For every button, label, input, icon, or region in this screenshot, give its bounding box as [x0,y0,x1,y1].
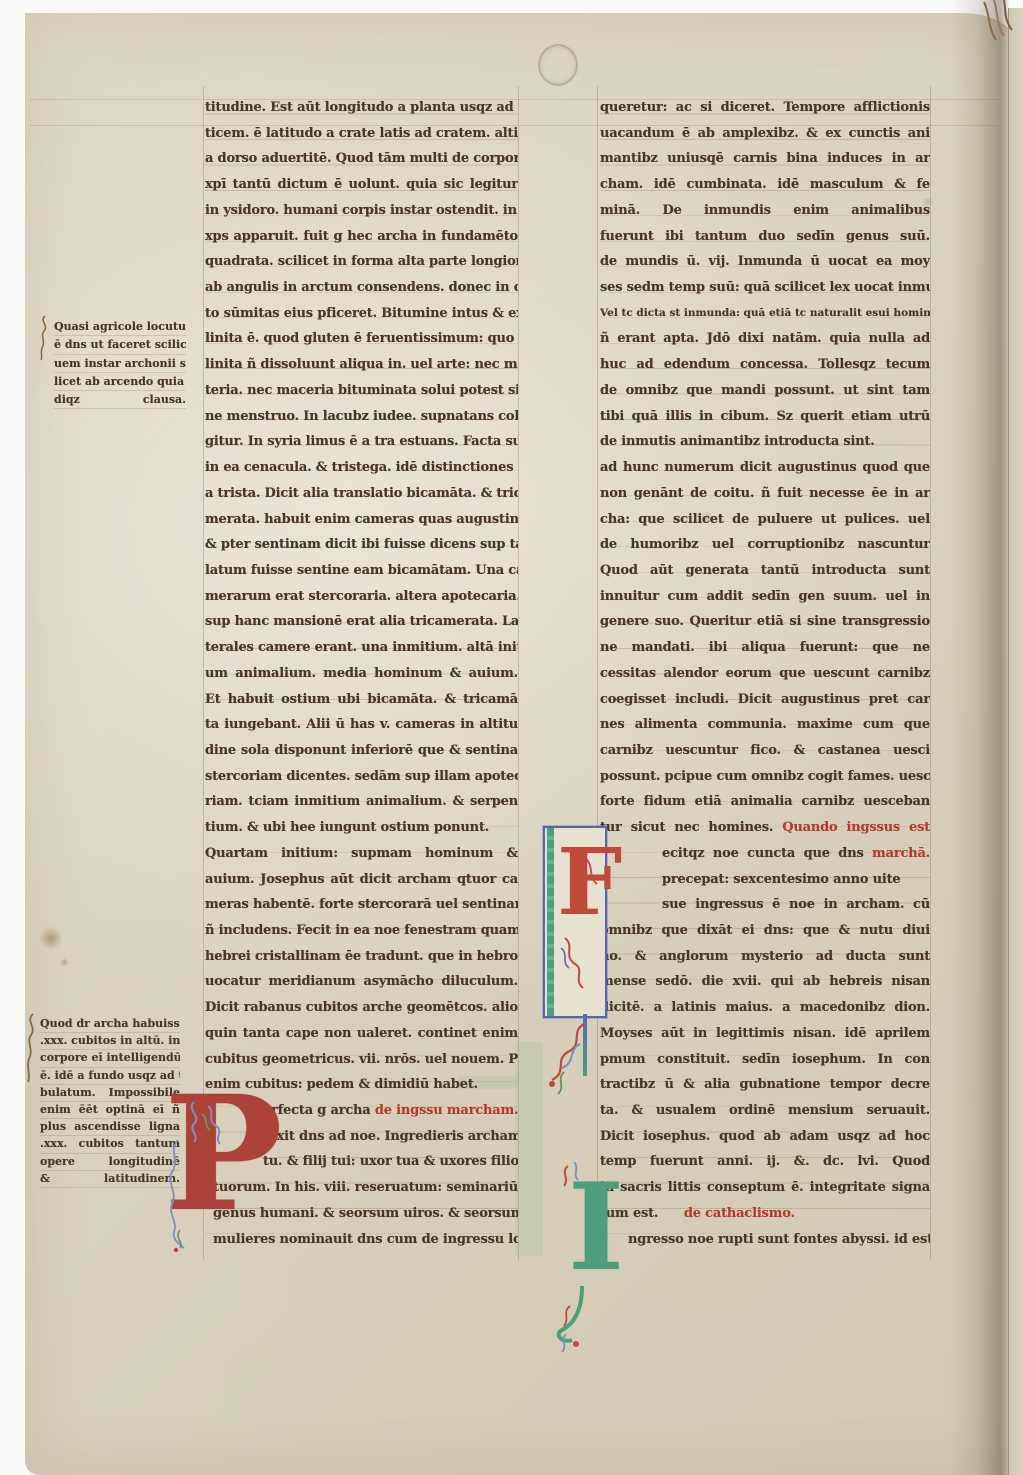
manuscript-text-line: meras habentē. forte stercorarā uel sent… [205,892,518,918]
rubric-text: de cathaclismo. [684,1206,795,1221]
body-text: tu. & filij tui: uxor tua & uxores filio… [263,1154,518,1169]
manuscript-text-line: non genānt de coitu. ñ fuit necesse ēe i… [600,481,930,507]
manuscript-text-line: .xxx. cubitos in altū. in [40,1033,180,1050]
manuscript-text-line: innuitur cum addit sedīn gen suum. uel i… [600,584,930,610]
manuscript-text-line: uem instar archonii sc [54,355,186,373]
manuscript-scan: { "document": { "type": "medieval-manusc… [0,0,1023,1475]
initial-f-foliage-icon [545,828,605,1016]
manuscript-text-line: hebrei cristallinam ēe tradunt. que in h… [205,944,518,970]
manuscript-text-line: Quartam initium: supmam hominum & [205,841,518,867]
manuscript-text-line: xps apparuit. fuit g hec archa in fundam… [205,224,518,250]
decorated-initial-f: F [543,826,607,1018]
margin-note-lines: Quod dr archa habuisse.xxx. cubitos in a… [40,1016,180,1188]
body-text: dicitē. a latinis maius. a macedonibz di… [600,1000,930,1015]
manuscript-text-line: tibi quā illis in cibum. Sz querit etiam… [600,404,930,430]
body-text: sue ingressus ē noe in archam. cū [662,897,930,912]
manuscript-text-line: sue ingressus ē noe in archam. cū [600,892,930,918]
body-text: ab angulis in arctum consendens. donec i… [205,280,518,295]
manuscript-text-line: ē dns ut faceret scilicet na [54,336,186,354]
body-text: Quartam initium: supmam hominum & [205,846,518,861]
manuscript-text-line: possunt. pcipue cum omnibz cogit fames. … [600,764,930,790]
body-text: ad hunc numerum dicit augustinus quod qu… [600,460,930,475]
body-text: in sacris littis conseptum ē. integritat… [600,1180,930,1195]
rubric-text: Quando ingssus est [782,820,930,835]
manuscript-text-line: teria. nec maceria bituminata solui pote… [205,378,518,404]
manuscript-text-line: Quasi agricole locutus. [54,318,186,336]
body-text: cessitas alendor eorum que uescunt carni… [600,666,930,681]
manuscript-text-line: ē. idē a fundo usqz ad ta [40,1068,180,1085]
body-text: huc ad edendum concessa. Tollesqz tecum [600,357,930,372]
manuscript-text-line: xpī tantū dictum ē uolunt. quia sic legi… [205,172,518,198]
body-text: ta. & usualem ordinē mensium seruauit. [600,1103,930,1118]
manuscript-text-line: licet ab arcendo quia mū [54,373,186,391]
body-text: & latitudinem. [40,1172,180,1185]
body-text: diqz clausa. [54,393,186,406]
body-text: ñ erant apta. Jdō dixi natām. quia nulla… [600,331,930,346]
body-text: Et habuit ostium ubi bicamāta. & tricamā [205,692,518,707]
manuscript-text-line: de inmutis animantibz introducta sint. [600,429,930,455]
body-text: de inmutis animantibz introducta sint. [600,434,875,449]
body-text: riam. tciam inmitium animalium. & serpen [205,794,518,809]
body-text: ē dns ut faceret scilicet na [54,338,186,351]
manuscript-text-line: merata. habuit enim cameras quas augusti… [205,507,518,533]
body-text: gitur. In syria limus ē a tra estuans. F… [205,434,518,449]
manuscript-text-line: Dicit iosephus. quod ab adam usqz ad hoc [600,1124,930,1150]
body-text: tur sicut nec homines. [600,820,782,835]
body-text: Vel tc dicta st inmunda: quā etiā tc nat… [600,307,930,319]
manuscript-text-line: coegisset includi. Dicit augustinus pret… [600,687,930,713]
body-text: .xxx. cubitos in altū. in [40,1034,180,1047]
manuscript-text-line: nes alimenta communia. maxime cum que [600,712,930,738]
manuscript-text-line: Quod aūt generata tantū introducta sunt [600,558,930,584]
manuscript-text-line: .xxx. cubitos tantum [40,1136,180,1153]
body-text: innuitur cum addit sedīn gen suum. uel i… [600,589,930,604]
body-text: plus ascendisse ligna [40,1120,180,1133]
body-text: fuerunt ibi tantum duo sedīn genus suū. [600,229,930,244]
manuscript-text-line: titudine. Est aūt longitudo a planta usq… [205,95,518,121]
manuscript-text-line: in sacris littis conseptum ē. integritat… [600,1175,930,1201]
body-text: uocatur meridianum asymācho diluculum. [205,974,518,989]
body-text: meras habentē. forte stercorarā uel sent… [205,897,518,912]
body-text: temp fuerunt anni. ij. &. dc. lvi. Quod [600,1154,930,1169]
body-text: latum fuisse sentine eam bicamātam. Una … [205,563,518,578]
manuscript-text-line: ne menstruo. In lacubz iudee. supnatans … [205,404,518,430]
manuscript-text-line: ab angulis in arctum consendens. donec i… [205,275,518,301]
body-text: stercoriam dicentes. sedām sup illam apo… [205,769,518,784]
body-text: linita ñ dissoluunt aliqua in. uel arte:… [205,357,518,372]
body-text: omnibz que dixāt ei dns: que & nutu diui [600,923,930,938]
manuscript-text-line: gitur. In syria limus ē a tra estuans. F… [205,429,518,455]
body-text: queretur: ac si diceret. Tempore afflict… [600,100,930,115]
body-text: Quod dr archa habuisse [40,1017,180,1030]
body-text: licet ab arcendo quia mū [54,375,186,388]
body-text: nes alimenta communia. maxime cum que [600,717,930,732]
manuscript-text-line: ne mandati. ibi aliqua fuerunt: que ne [600,635,930,661]
body-text: ses sedm temp suū: quā scilicet lex uoca… [600,280,930,295]
body-text: Quasi agricole locutus. [54,320,186,333]
manuscript-text-line: um animalium. media hominum & auium. [205,661,518,687]
manuscript-text-line: auium. Josephus aūt dicit archam qtuor c… [205,867,518,893]
manuscript-text-line: ngresso noe rupti sunt fontes abyssi. id… [600,1227,930,1253]
manuscript-text-line: to sūmitas eius pficeret. Bitumine intus… [205,301,518,327]
body-text: no. & anglorum mysterio ad ducta sunt [600,949,930,964]
manuscript-text-line: & pter sentinam dicit ibi fuisse dicens … [205,532,518,558]
manuscript-text-line: pmum constituit. sedīn iosephum. In con [600,1047,930,1073]
body-text: teria. nec maceria bituminata solui pote… [205,383,518,398]
manuscript-text-line: de mundis ū. vij. Inmunda ū uocat ea moy [600,249,930,275]
body-text: opere longitudinē [40,1155,180,1168]
manuscript-text-line: tractibz ū & alia gubnatione tempor decr… [600,1072,930,1098]
manuscript-text-line: fuerunt ibi tantum duo sedīn genus suū. [600,224,930,250]
manuscript-text-line: ticem. ē latitudo a crate latis ad crate… [205,121,518,147]
manuscript-text-line: dine sola disponunt inferiorē que & sent… [205,738,518,764]
manuscript-text-line: riam. tciam inmitium animalium. & serpen [205,789,518,815]
manuscript-text-line: queretur: ac si diceret. Tempore afflict… [600,95,930,121]
body-text: auium. Josephus aūt dicit archam qtuor c… [205,872,518,887]
body-text: mense sedō. die xvii. qui ab hebreis nis… [600,974,930,989]
next-page-edge [1008,8,1023,1475]
body-text: xpī tantū dictum ē uolunt. quia sic legi… [205,177,518,192]
manuscript-text-line: no. & anglorum mysterio ad ducta sunt [600,944,930,970]
manuscript-text-line: opere longitudinē [40,1154,180,1171]
ink-stain [60,958,69,967]
body-text: to sūmitas eius pficeret. Bitumine intus… [205,306,518,321]
manuscript-text-line: de humoribz uel corruptionibz nascuntur [600,532,930,558]
manuscript-text-line: Moyses aūt in legittimis nisan. idē apri… [600,1021,930,1047]
body-text: enim ēēt optinā eī ñ [40,1103,180,1116]
rubric-text: marchā. [872,846,930,861]
manuscript-text-line: in ysidoro. humani corpis instar ostendi… [205,198,518,224]
decorated-initial-i: I [556,1156,636,1356]
body-text: Moyses aūt in legittimis nisan. idē apri… [600,1026,930,1041]
manuscript-text-line: ad hunc numerum dicit augustinus quod qu… [600,455,930,481]
manuscript-text-line: plus ascendisse ligna [40,1119,180,1136]
body-text: bulatum. Impossibile [40,1086,180,1099]
body-text: ecitqz noe cuncta que dns [662,846,872,861]
body-text: ta iungebant. Alii ū has v. cameras in a… [205,717,518,732]
manuscript-text-line: cham. idē cumbinata. idē masculum & fe [600,172,930,198]
green-wash-highlight [515,1042,543,1256]
manuscript-text-line: & latitudinem. [40,1171,180,1188]
manuscript-text-line: Et habuit ostium ubi bicamāta. & tricamā [205,687,518,713]
body-text: ngresso noe rupti sunt fontes abyssi. id… [628,1232,930,1247]
body-text: cha: que scilicet de puluere ut pulices.… [600,512,930,527]
body-text: tium. & ubi hee iungunt ostium ponunt. [205,820,489,835]
manuscript-text-line: cessitas alendor eorum que uescunt carni… [600,661,930,687]
paragraph-mark-icon [37,315,51,361]
manuscript-text-line: tum est. de cathaclismo. [600,1201,930,1227]
gutter-shadow [950,0,1010,1475]
manuscript-text-line: linita ñ dissoluunt aliqua in. uel arte:… [205,352,518,378]
manuscript-text-line: ñ erant apta. Jdō dixi natām. quia nulla… [600,326,930,352]
body-text: pmum constituit. sedīn iosephum. In con [600,1052,930,1067]
manuscript-text-line: bulatum. Impossibile [40,1085,180,1102]
body-text: titudine. Est aūt longitudo a planta usq… [205,100,518,115]
body-text: tractibz ū & alia gubnatione tempor decr… [600,1077,930,1092]
body-text: ticem. ē latitudo a crate latis ad crate… [205,126,518,141]
decorated-initial-p: P [164,1080,268,1252]
body-text: hebrei cristallinam ēe tradunt. que in h… [205,949,518,964]
initial-f-tail-foliage-icon [540,1022,596,1096]
manuscript-text-line: sup hanc mansionē erat alia tricamerata.… [205,609,518,635]
scan-edge-top [0,0,1023,13]
manuscript-text-line: genere suo. Queritur etiā si sine transg… [600,609,930,635]
binding-thread-icon [978,0,1020,52]
manuscript-text-line: ses sedm temp suū: quā scilicet lex uoca… [600,275,930,301]
scan-edge-left [0,0,25,1475]
body-text: corpore eī intelligendū [40,1051,180,1064]
manuscript-text-line: cha: que scilicet de puluere ut pulices.… [600,507,930,533]
manuscript-text-line: tium. & ubi hee iungunt ostium ponunt. [205,815,518,841]
body-text: ne mandati. ibi aliqua fuerunt: que ne [600,640,930,655]
body-text: sup hanc mansionē erat alia tricamerata.… [205,614,518,629]
body-text: terales camere erant. una inmitium. altā… [205,640,518,655]
body-text: in ea cenacula. & tristega. idē distinct… [205,460,518,475]
manuscript-text-line: merarum erat stercoraria. altera apoteca… [205,584,518,610]
rubric-text: de ingssu marcham. [375,1103,518,1118]
ink-stain [40,925,62,951]
body-text: tibi quā illis in cibum. Sz querit etiam… [600,409,930,424]
body-text: .xxx. cubitos tantum [40,1137,180,1150]
manuscript-text-line: ñ includens. Fecit in ea noe fenestram q… [205,918,518,944]
body-text: ē. idē a fundo usqz ad ta [40,1069,180,1082]
manuscript-text-line: uacandum ē ab amplexibz. & ex cunctis an… [600,121,930,147]
body-text: possunt. pcipue cum omnibz cogit fames. … [600,769,930,784]
margin-note-2: Quod dr archa habuisse.xxx. cubitos in a… [40,1016,180,1188]
body-text: carnibz uescuntur fico. & castanea uesci [600,743,930,758]
body-text: de mundis ū. vij. Inmunda ū uocat ea moy [600,254,930,269]
manuscript-text-line: de omnibz que mandi possunt. ut sint tam [600,378,930,404]
manuscript-text-line: a dorso aduertitē. Quod tām multi de cor… [205,146,518,172]
paragraph-mark-icon [23,1013,39,1083]
body-text: non genānt de coitu. ñ fuit necesse ēe i… [600,486,930,501]
manuscript-text-line: Dicit rabanus cubitos arche geomētcos. a… [205,995,518,1021]
body-text: de omnibz que mandi possunt. ut sint tam [600,383,930,398]
body-text: merata. habuit enim cameras quas augusti… [205,512,518,527]
body-text: dixit dns ad noe. Ingredieris archam [263,1129,518,1144]
manuscript-text-line: quadrata. scilicet in forma alta parte l… [205,249,518,275]
initial-p-flourish-icon [164,1080,268,1252]
manuscript-text-line: ta. & usualem ordinē mensium seruauit. [600,1098,930,1124]
manuscript-text-line: huc ad edendum concessa. Tollesqz tecum [600,352,930,378]
body-text: de humoribz uel corruptionibz nascuntur [600,537,930,552]
body-text: ne menstruo. In lacubz iudee. supnatans … [205,409,518,424]
body-text: precepat: sexcentesimo anno uite [662,872,901,887]
body-text: ñ includens. Fecit in ea noe fenestram q… [205,923,518,938]
manuscript-text-line: minā. De inmundis enim animalibus [600,198,930,224]
manuscript-text-line: a trista. Dicit alia translatio bicamāta… [205,481,518,507]
blind-stamp [538,44,578,86]
body-text: minā. De inmundis enim animalibus [600,203,930,218]
body-text: Quod aūt generata tantū introducta sunt [600,563,930,578]
body-text: forte fidum etiā animalia carnibz uesceb… [600,794,930,809]
body-text: Dicit iosephus. quod ab adam usqz ad hoc [600,1129,930,1144]
manuscript-text-line: uocatur meridianum asymācho diluculum. [205,969,518,995]
manuscript-text-line: tur sicut nec homines. Quando ingssus es… [600,815,930,841]
manuscript-text-line: enim ēēt optinā eī ñ [40,1102,180,1119]
margin-note-lines: Quasi agricole locutus.ē dns ut faceret … [54,318,186,409]
manuscript-text-line: in ea cenacula. & tristega. idē distinct… [205,455,518,481]
body-text: in ysidoro. humani corpis instar ostendi… [205,203,518,218]
body-text: genere suo. Queritur etiā si sine transg… [600,614,930,629]
manuscript-text-line: stercoriam dicentes. sedām sup illam apo… [205,764,518,790]
manuscript-text-line: corpore eī intelligendū [40,1050,180,1067]
manuscript-text-line: Vel tc dicta st inmunda: quā etiā tc nat… [600,301,930,327]
manuscript-text-line: mantibz uniusqē carnis bina induces in a… [600,146,930,172]
body-text: um animalium. media hominum & auium. [205,666,518,681]
body-text: quadrata. scilicet in forma alta parte l… [205,254,518,269]
ruling-line [597,86,598,1260]
body-text: uacandum ē ab amplexibz. & ex cunctis an… [600,126,930,141]
manuscript-text-line: precepat: sexcentesimo anno uite [600,867,930,893]
manuscript-text-line: terales camere erant. una inmitium. altā… [205,635,518,661]
body-text: linita ē. quod gluten ē feruentissimum: … [205,331,518,346]
manuscript-text-line: linita ē. quod gluten ē feruentissimum: … [205,326,518,352]
manuscript-text-line: carnibz uescuntur fico. & castanea uesci [600,738,930,764]
margin-note-1: Quasi agricole locutus.ē dns ut faceret … [54,318,186,409]
initial-i-flourish-icon [556,1156,636,1356]
body-text: quin tanta cape non ualeret. continet en… [205,1026,518,1041]
body-text: dine sola disponunt inferiorē que & sent… [205,743,518,758]
body-text: merarum erat stercoraria. altera apoteca… [205,589,518,604]
manuscript-text-line: temp fuerunt anni. ij. &. dc. lvi. Quod [600,1149,930,1175]
manuscript-text-line: forte fidum etiā animalia carnibz uesceb… [600,789,930,815]
manuscript-text-line: dicitē. a latinis maius. a macedonibz di… [600,995,930,1021]
body-text: Dicit rabanus cubitos arche geomētcos. a… [205,1000,518,1015]
manuscript-text-line: omnibz que dixāt ei dns: que & nutu diui [600,918,930,944]
manuscript-text-line: quin tanta cape non ualeret. continet en… [205,1021,518,1047]
body-text: & pter sentinam dicit ibi fuisse dicens … [205,537,518,552]
manuscript-text-line: Quod dr archa habuisse [40,1016,180,1033]
manuscript-text-line: ecitqz noe cuncta que dns marchā. [600,841,930,867]
body-text: cham. idē cumbinata. idē masculum & fe [600,177,930,192]
body-text: a trista. Dicit alia translatio bicamāta… [205,486,518,501]
body-text: a dorso aduertitē. Quod tām multi de cor… [205,151,518,166]
manuscript-text-line: ta iungebant. Alii ū has v. cameras in a… [205,712,518,738]
body-text: coegisset includi. Dicit augustinus pret… [600,692,930,707]
body-text: uem instar archonii sc [54,357,186,370]
body-text: mantibz uniusqē carnis bina induces in a… [600,151,930,166]
ruling-line [930,86,931,1260]
manuscript-text-line: latum fuisse sentine eam bicamātam. Una … [205,558,518,584]
manuscript-text-line: mense sedō. die xvii. qui ab hebreis nis… [600,969,930,995]
right-text-column: queretur: ac si diceret. Tempore afflict… [600,95,930,1255]
manuscript-text-line: diqz clausa. [54,391,186,409]
body-text: xps apparuit. fuit g hec archa in fundam… [205,229,518,244]
